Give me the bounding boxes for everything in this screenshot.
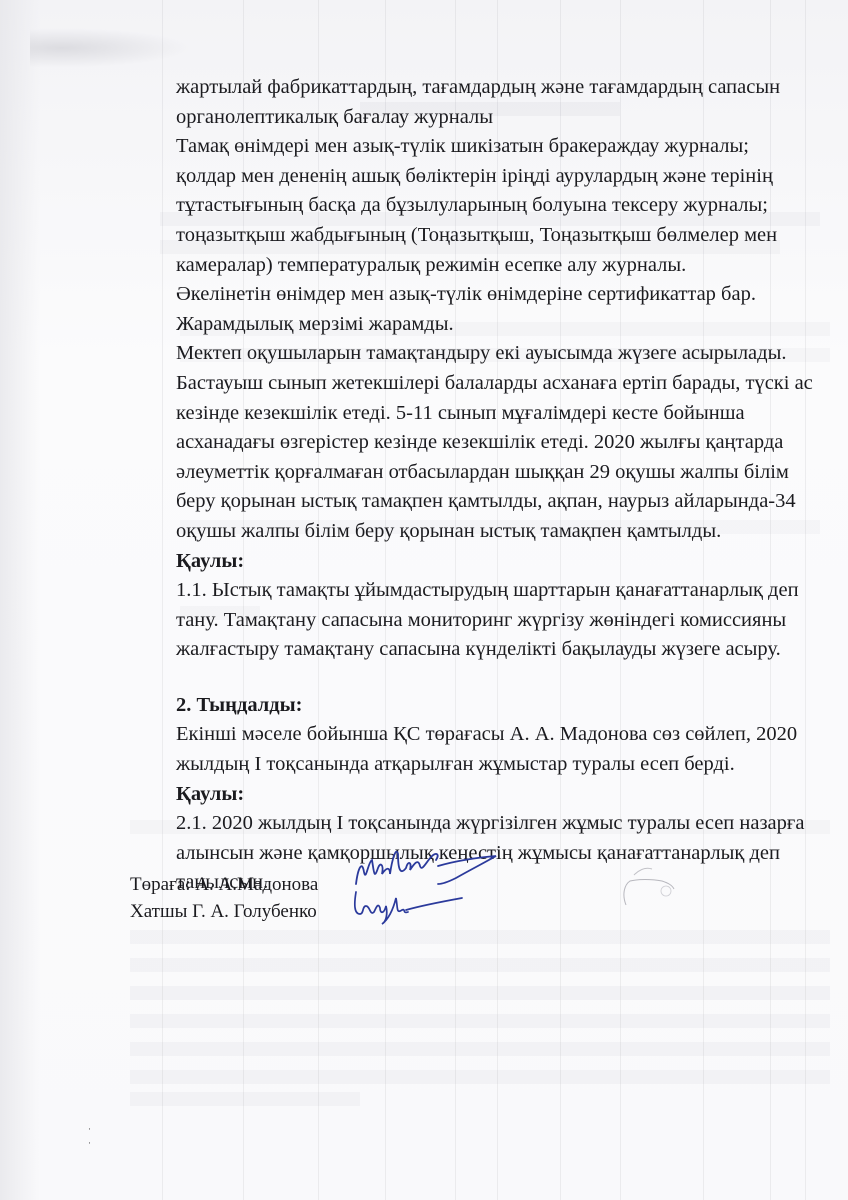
signatories-block: Төраға: А. А.Мадонова Хатшы Г. А. Голубе… [130,871,318,925]
spacer [176,665,816,691]
resolution-1-heading: Қаулы: [176,547,816,577]
paragraph-journal-brakerage: Тамақ өнімдері мен азық-түлік шикізатын … [176,132,816,162]
section-2-heading: 2. Тыңдалды: [176,691,816,721]
paragraph-journal-refrigeration: тоңазытқыш жабдығының (Тоңазытқыш, Тоңаз… [176,221,816,280]
bleed-through [130,1092,360,1106]
paragraph-journal-organoleptic: жартылай фабрикаттардың, тағамдардың жән… [176,73,816,132]
bleed-through [130,1042,830,1056]
section-2-text: Екінші мәселе бойынша ҚС төрағасы А. А. … [176,720,816,779]
scan-specks: ·· [88,1122,91,1150]
paragraph-certificates: Әкелінетін өнімдер мен азық-түлік өнімде… [176,280,816,310]
secretary-signature-icon [350,884,470,926]
chair-signatory: Төраға: А. А.Мадонова [130,871,318,898]
bleed-through [130,1014,830,1028]
paragraph-journal-skin-check: қолдар мен дененің ашық бөліктерін іріңд… [176,162,816,221]
scanned-page: жартылай фабрикаттардың, тағамдардың жән… [0,0,848,1200]
bleed-through [130,958,830,972]
resolution-2-heading: Қаулы: [176,780,816,810]
secretary-signatory: Хатшы Г. А. Голубенко [130,898,318,925]
scan-shadow [30,28,190,68]
document-body: жартылай фабрикаттардың, тағамдардың жән… [176,73,816,898]
resolution-1-text: 1.1. Ыстық тамақты ұйымдастырудың шартта… [176,576,816,665]
pencil-mark-icon [612,855,702,925]
paragraph-expiry: Жарамдылық мерзімі жарамды. [176,310,816,340]
bleed-through [130,1070,830,1084]
bleed-through [130,930,830,944]
paragraph-meal-organization: Мектеп оқушыларын тамақтандыру екі ауысы… [176,339,816,546]
bleed-through [130,986,830,1000]
